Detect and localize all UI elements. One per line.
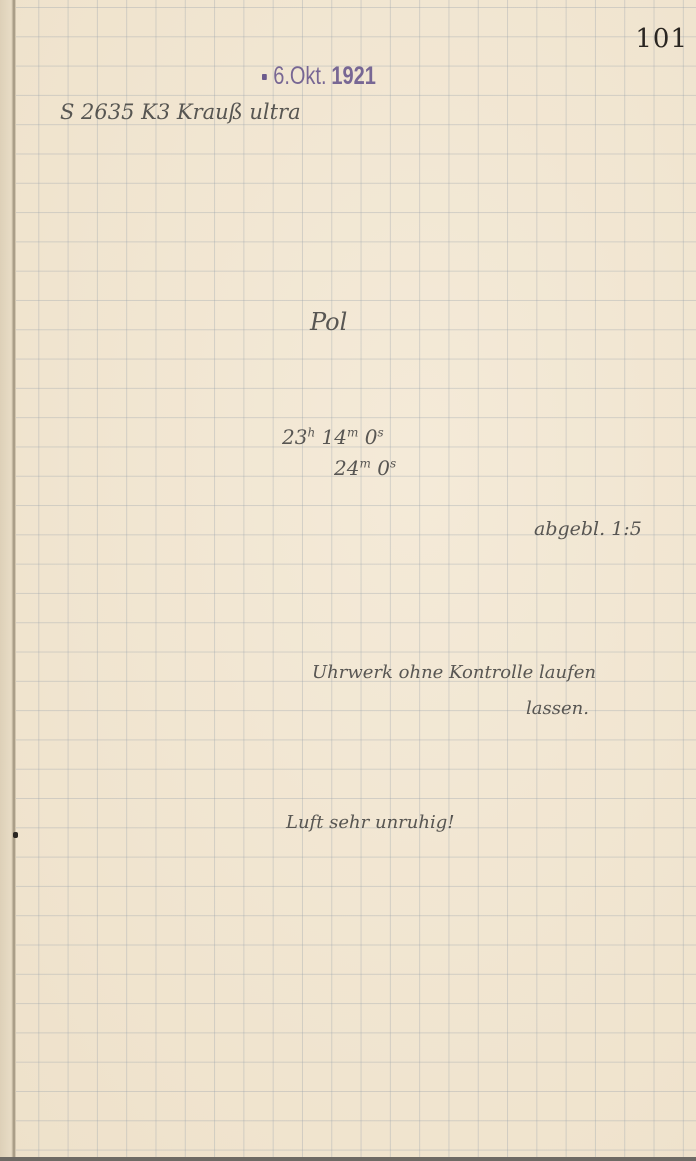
time-minutes: 14: [322, 425, 347, 449]
time-seconds: 0: [377, 456, 390, 480]
stamp-date: 6.Okt.: [273, 62, 326, 90]
aperture-note: abgebl. 1:5: [534, 518, 642, 540]
notebook-binding: [0, 0, 16, 1161]
clockwork-note-line2: lassen.: [526, 698, 589, 719]
page-bottom-edge: [0, 1157, 696, 1161]
minutes-unit: m: [359, 456, 370, 470]
date-stamp: 6.Okt.1921: [262, 62, 376, 91]
binding-hole: [13, 832, 18, 838]
time-minutes: 24: [334, 456, 359, 480]
seconds-unit: s: [390, 456, 396, 470]
seconds-unit: s: [377, 425, 383, 439]
stamp-year: 1921: [331, 62, 376, 90]
clockwork-note-line1: Uhrwerk ohne Kontrolle laufen: [312, 662, 596, 683]
seeing-note: Luft sehr unruhig!: [286, 812, 454, 833]
time-hours: 23: [282, 425, 307, 449]
exposure-end-time: 24m 0s: [334, 456, 396, 480]
pol-label: Pol: [310, 308, 347, 336]
page-number: 101: [635, 24, 688, 54]
plate-header: S 2635 K3 Krauß ultra: [60, 100, 301, 124]
time-seconds: 0: [365, 425, 378, 449]
minutes-unit: m: [347, 425, 358, 439]
hours-unit: h: [307, 425, 315, 439]
stamp-dot: [262, 74, 267, 80]
exposure-start-time: 23h 14m 0s: [282, 425, 384, 449]
